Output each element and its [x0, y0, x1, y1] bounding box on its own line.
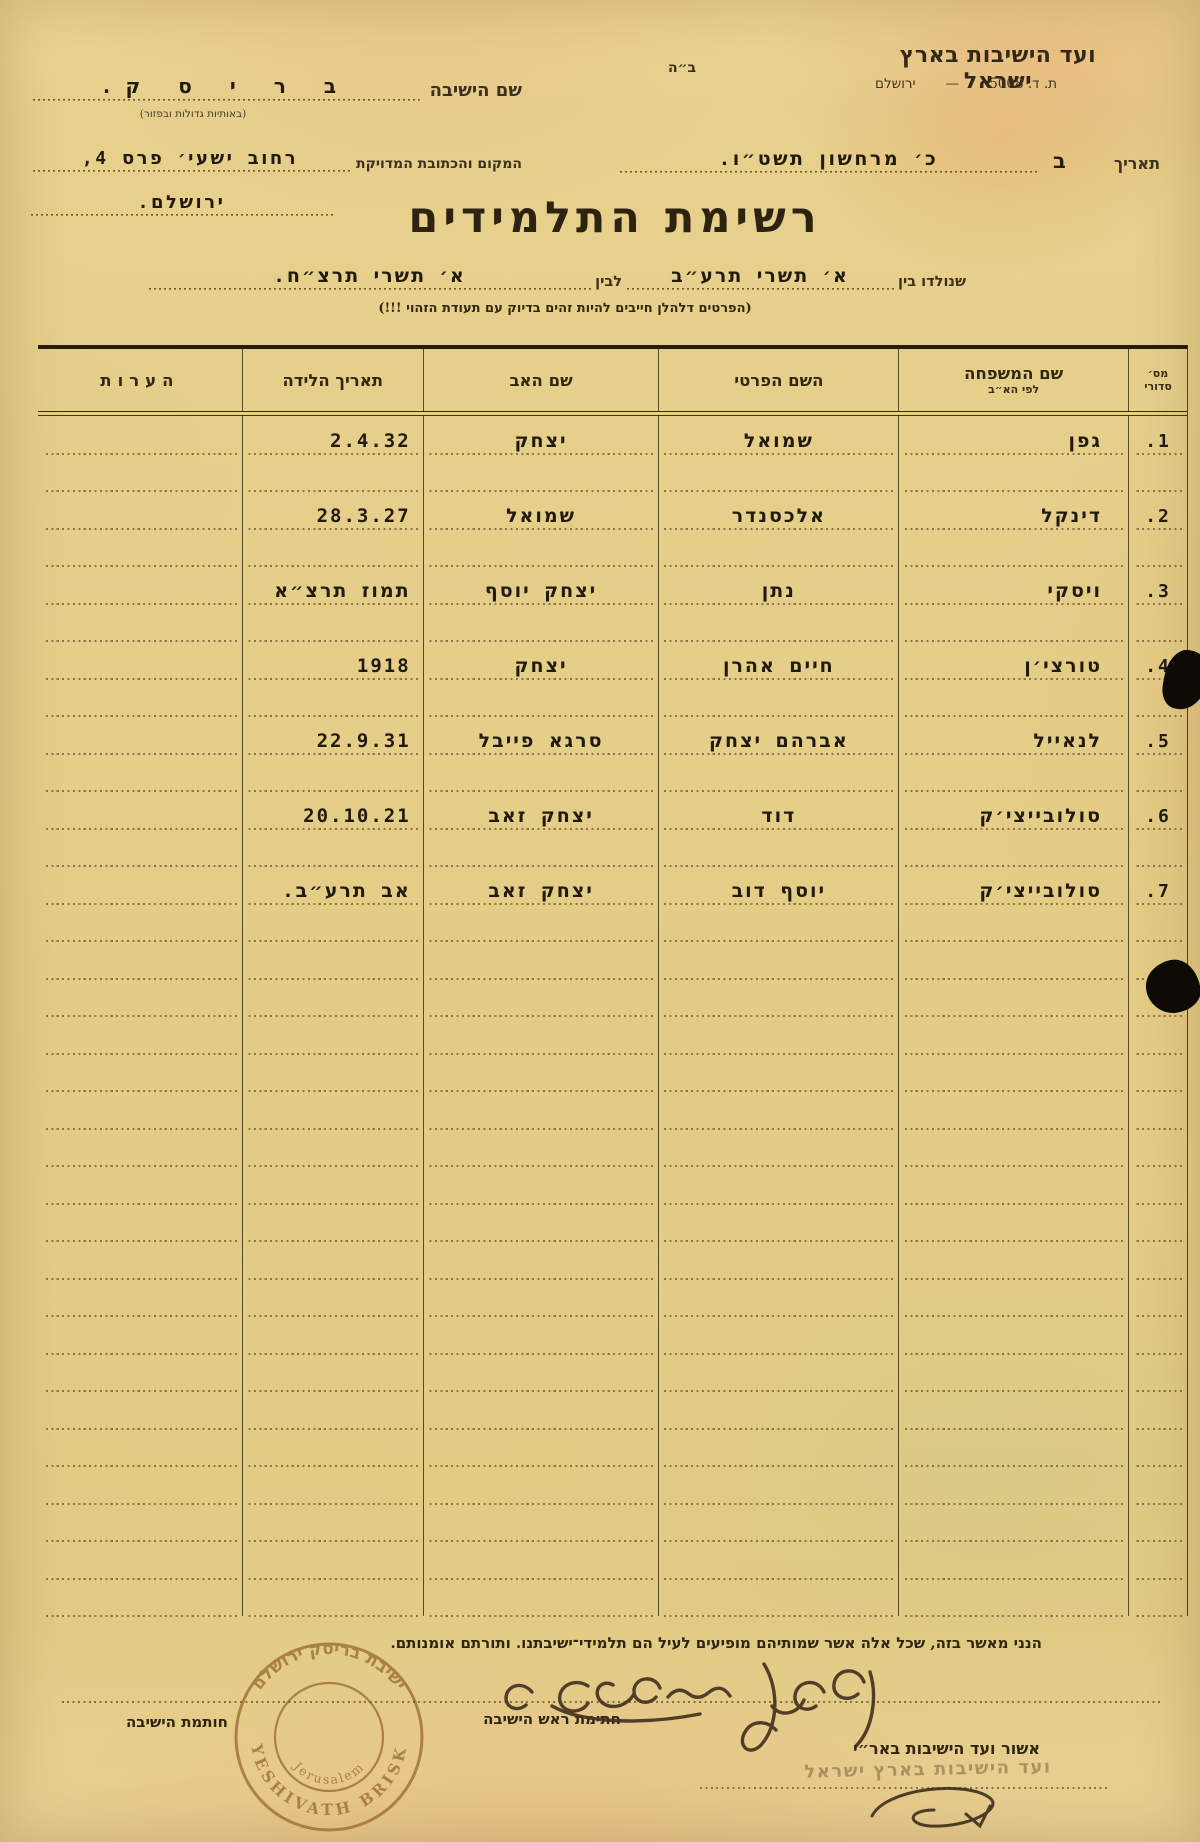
yeshiva-name-label: שם הישיבה	[430, 80, 522, 101]
cell-empty	[659, 1054, 899, 1092]
cell-empty	[659, 1504, 899, 1542]
cell-father: יצחק	[424, 416, 660, 454]
cell-empty	[659, 829, 899, 867]
cell-empty	[424, 1391, 660, 1429]
cell-notes	[38, 641, 243, 679]
value-family: טורצי׳ן	[1024, 655, 1102, 677]
value-family: דינקל	[1041, 505, 1102, 527]
value-dob: 28.3.27	[317, 505, 411, 527]
cell-empty	[243, 1504, 424, 1542]
cell-empty	[899, 1016, 1129, 1054]
bsd-mark: ב״ה	[668, 60, 696, 76]
empty-ruled-line	[38, 941, 1187, 979]
cell-empty	[243, 1241, 424, 1279]
empty-ruled-line	[38, 454, 1187, 492]
cell-empty	[899, 941, 1129, 979]
header-notes: הערות	[38, 349, 243, 411]
cell-empty	[659, 1279, 899, 1317]
cell-empty	[1129, 454, 1187, 492]
value-father: יצחק יוסף	[485, 580, 597, 602]
cell-empty	[424, 941, 660, 979]
empty-ruled-line	[38, 754, 1187, 792]
cell-dob: 20.10.21	[243, 791, 424, 829]
cell-empty	[38, 679, 243, 717]
cell-empty	[243, 979, 424, 1017]
cell-empty	[243, 1429, 424, 1467]
cell-empty	[38, 604, 243, 642]
born-from-value: א׳ תשרי תרע״ב	[671, 265, 849, 287]
cell-empty	[1129, 1016, 1187, 1054]
value-dob: 1918	[357, 655, 411, 677]
empty-ruled-line	[38, 1166, 1187, 1204]
value-first: דוד	[761, 805, 796, 827]
cell-empty	[659, 904, 899, 942]
cell-empty	[243, 941, 424, 979]
value-dob: אב תרע״ב.	[282, 880, 410, 902]
cell-empty	[243, 1466, 424, 1504]
scanned-student-list-form: ב״ה ועד הישיבות בארץ ישראל ת. ד. 5008 — …	[0, 0, 1200, 1842]
empty-ruled-line	[38, 1316, 1187, 1354]
cell-notes	[38, 566, 243, 604]
students-table: מס׳ סדורי שם המשפחה לפי הא״ב השם הפרטי ש…	[38, 345, 1188, 1616]
cell-father: שמואל	[424, 491, 660, 529]
cell-empty	[424, 1091, 660, 1129]
cell-dob: אב תרע״ב.	[243, 866, 424, 904]
cell-empty	[1129, 754, 1187, 792]
cell-serial: 3.	[1129, 566, 1187, 604]
cell-empty	[243, 904, 424, 942]
cell-dob: 22.9.31	[243, 716, 424, 754]
cell-empty	[659, 1016, 899, 1054]
cell-empty	[38, 454, 243, 492]
cell-empty	[659, 1579, 899, 1617]
cell-empty	[659, 679, 899, 717]
cell-empty	[659, 604, 899, 642]
cell-empty	[38, 829, 243, 867]
date-prefix: ב	[1053, 148, 1066, 173]
yeshiva-round-stamp: ישיבת בריסק ירושלם YESHIVATH BRISK Jerus…	[230, 1638, 428, 1836]
cell-empty	[899, 1391, 1129, 1429]
cell-dob: תמוז תרצ״א	[243, 566, 424, 604]
table-body: 1.גפןשמואליצחק2.4.322.דינקלאלכסנדרשמואל2…	[38, 416, 1187, 1616]
cell-empty	[659, 1541, 899, 1579]
cell-empty	[659, 1241, 899, 1279]
cell-empty	[38, 754, 243, 792]
cell-empty	[899, 754, 1129, 792]
cell-first: שמואל	[659, 416, 899, 454]
value-family: לנאייל	[1033, 730, 1102, 752]
born-from-field: א׳ תשרי תרע״ב	[626, 265, 894, 290]
empty-ruled-line	[38, 529, 1187, 567]
cell-empty	[1129, 1316, 1187, 1354]
born-mid-label: לבין	[595, 273, 622, 290]
cell-empty	[38, 1166, 243, 1204]
cell-empty	[424, 1166, 660, 1204]
cell-empty	[38, 1091, 243, 1129]
cell-empty	[1129, 1129, 1187, 1167]
cell-empty	[899, 1279, 1129, 1317]
value-serial: 2.	[1145, 506, 1171, 527]
cell-empty	[659, 1204, 899, 1242]
cell-empty	[1129, 829, 1187, 867]
date-value: כ׳ מרחשון תשט״ו.	[719, 148, 939, 170]
cell-empty	[659, 1129, 899, 1167]
value-dob: 20.10.21	[303, 805, 411, 827]
value-serial: 7.	[1145, 881, 1171, 902]
cell-empty	[38, 1504, 243, 1542]
cell-empty	[899, 454, 1129, 492]
cell-notes	[38, 491, 243, 529]
cell-empty	[899, 1241, 1129, 1279]
header-family-name: שם המשפחה לפי הא״ב	[899, 349, 1129, 411]
cell-empty	[659, 454, 899, 492]
cell-empty	[424, 1241, 660, 1279]
yeshiva-name-hint: (באותיות גדולות ובפזור)	[108, 108, 278, 120]
cell-family: דינקל	[899, 491, 1129, 529]
cell-empty	[1129, 1466, 1187, 1504]
empty-ruled-line	[38, 1579, 1187, 1617]
cell-empty	[1129, 1279, 1187, 1317]
value-dob: תמוז תרצ״א	[274, 580, 410, 602]
cell-empty	[424, 454, 660, 492]
value-first: אברהם יצחק	[709, 730, 849, 752]
cell-family: ויסקי	[899, 566, 1129, 604]
cell-empty	[899, 529, 1129, 567]
cell-empty	[243, 754, 424, 792]
address-row: המקום והכתובת המדויקת רחוב ישעי׳ פרס 4,	[30, 148, 522, 172]
cell-empty	[899, 979, 1129, 1017]
cell-notes	[38, 716, 243, 754]
cell-empty	[38, 1541, 243, 1579]
cell-empty	[38, 1429, 243, 1467]
cell-empty	[899, 1166, 1129, 1204]
value-dob: 2.4.32	[330, 430, 411, 452]
cell-empty	[424, 679, 660, 717]
empty-ruled-line	[38, 1429, 1187, 1467]
cell-empty	[38, 1016, 243, 1054]
cell-empty	[899, 1054, 1129, 1092]
cell-empty	[38, 1579, 243, 1617]
born-between-row: שנולדו בין א׳ תשרי תרע״ב לבין א׳ תשרי תר…	[148, 265, 970, 290]
student-row: 6.סולובייצי׳קדודיצחק זאב20.10.21	[38, 791, 1187, 829]
cell-father: יצחק זאב	[424, 791, 660, 829]
empty-ruled-line	[38, 1354, 1187, 1392]
value-father: יצחק	[515, 430, 568, 452]
cell-empty	[1129, 1391, 1187, 1429]
cell-empty	[1129, 1354, 1187, 1392]
header-father-name: שם האב	[424, 349, 660, 411]
cell-empty	[243, 529, 424, 567]
cell-empty	[38, 1241, 243, 1279]
date-label: תאריך	[1114, 154, 1160, 173]
cell-empty	[424, 604, 660, 642]
value-father: סרגא פייבל	[479, 730, 604, 752]
cell-empty	[1129, 1241, 1187, 1279]
cell-empty	[243, 1129, 424, 1167]
cell-empty	[659, 1391, 899, 1429]
address-value: רחוב ישעי׳ פרס 4,	[82, 148, 298, 169]
cell-first: אלכסנדר	[659, 491, 899, 529]
cell-empty	[243, 1579, 424, 1617]
empty-ruled-line	[38, 1466, 1187, 1504]
cell-empty	[1129, 604, 1187, 642]
cell-empty	[38, 1129, 243, 1167]
yeshiva-name-value: ב ר י ס ק.	[100, 74, 349, 98]
date-row: תאריך ב כ׳ מרחשון תשט״ו.	[620, 148, 1160, 173]
org-city: ירושלם	[875, 76, 916, 92]
cell-empty	[899, 1354, 1129, 1392]
yeshiva-name-row: שם הישיבה ב ר י ס ק.	[30, 74, 522, 101]
cell-empty	[659, 1091, 899, 1129]
cell-serial: 7.	[1129, 866, 1187, 904]
cell-empty	[243, 604, 424, 642]
cell-empty	[659, 1316, 899, 1354]
cell-family: גפן	[899, 416, 1129, 454]
cell-empty	[899, 604, 1129, 642]
cell-empty	[243, 1091, 424, 1129]
cell-empty	[899, 904, 1129, 942]
cell-empty	[659, 754, 899, 792]
cell-empty	[424, 1504, 660, 1542]
cell-empty	[243, 1016, 424, 1054]
value-father: יצחק	[515, 655, 568, 677]
cell-empty	[38, 1316, 243, 1354]
cell-empty	[424, 1016, 660, 1054]
cell-empty	[38, 941, 243, 979]
cell-empty	[899, 1316, 1129, 1354]
cell-empty	[424, 829, 660, 867]
cell-empty	[38, 1054, 243, 1092]
cell-empty	[1129, 529, 1187, 567]
born-to-value: א׳ תשרי תרצ״ח.	[273, 265, 465, 287]
empty-ruled-line	[38, 829, 1187, 867]
date-field: כ׳ מרחשון תשט״ו.	[620, 148, 1037, 173]
value-family: סולובייצי׳ק	[979, 880, 1102, 902]
cell-empty	[243, 1204, 424, 1242]
cell-father: יצחק	[424, 641, 660, 679]
cell-empty	[659, 1354, 899, 1392]
cell-empty	[659, 529, 899, 567]
cell-empty	[243, 829, 424, 867]
value-serial: 5.	[1145, 731, 1171, 752]
yeshiva-name-field: ב ר י ס ק.	[30, 74, 420, 101]
cell-empty	[243, 1279, 424, 1317]
org-dash: —	[946, 76, 960, 92]
cell-empty	[899, 829, 1129, 867]
value-father: שמואל	[506, 505, 576, 527]
value-first: יוסף דוב	[732, 880, 827, 902]
cell-empty	[243, 1391, 424, 1429]
value-family: גפן	[1069, 430, 1103, 452]
cell-empty	[38, 529, 243, 567]
cell-empty	[38, 1279, 243, 1317]
cell-notes	[38, 416, 243, 454]
cell-empty	[38, 1354, 243, 1392]
empty-ruled-line	[38, 1504, 1187, 1542]
cell-empty	[899, 1204, 1129, 1242]
org-pob: ת. ד. 5008	[989, 76, 1057, 92]
cell-empty	[424, 1129, 660, 1167]
org-address: ת. ד. 5008 — ירושלם	[875, 76, 1057, 92]
cell-serial: 5.	[1129, 716, 1187, 754]
cell-empty	[424, 1429, 660, 1467]
cell-first: נתן	[659, 566, 899, 604]
cell-empty	[899, 1129, 1129, 1167]
cell-empty	[38, 904, 243, 942]
address-field: רחוב ישעי׳ פרס 4,	[30, 148, 350, 172]
cell-empty	[38, 1466, 243, 1504]
empty-ruled-line	[38, 1129, 1187, 1167]
born-lead-label: שנולדו בין	[898, 273, 966, 290]
empty-ruled-line	[38, 904, 1187, 942]
value-dob: 22.9.31	[317, 730, 411, 752]
value-serial: 6.	[1145, 806, 1171, 827]
cell-empty	[899, 679, 1129, 717]
cell-serial: 1.	[1129, 416, 1187, 454]
cell-empty	[424, 1204, 660, 1242]
cell-empty	[899, 1466, 1129, 1504]
cell-family: סולובייצי׳ק	[899, 791, 1129, 829]
cell-dob: 2.4.32	[243, 416, 424, 454]
cell-empty	[38, 979, 243, 1017]
cell-empty	[243, 1054, 424, 1092]
cell-empty	[1129, 1054, 1187, 1092]
cell-serial: 6.	[1129, 791, 1187, 829]
empty-ruled-line	[38, 1204, 1187, 1242]
cell-empty	[38, 1204, 243, 1242]
cell-empty	[1129, 904, 1187, 942]
cell-empty	[243, 1354, 424, 1392]
cell-empty	[243, 1541, 424, 1579]
value-first: חיים אהרן	[723, 655, 835, 677]
cell-empty	[424, 1316, 660, 1354]
cell-empty	[1129, 1204, 1187, 1242]
cell-family: לנאייל	[899, 716, 1129, 754]
cell-empty	[424, 1054, 660, 1092]
cell-serial: 2.	[1129, 491, 1187, 529]
cell-empty	[659, 941, 899, 979]
student-row: 3.ויסקינתןיצחק יוסףתמוז תרצ״א	[38, 566, 1187, 604]
value-first: שמואל	[744, 430, 814, 452]
cell-dob: 1918	[243, 641, 424, 679]
cell-empty	[1129, 1429, 1187, 1467]
header-birth-date: תאריך הלידה	[243, 349, 424, 411]
cell-family: טורצי׳ן	[899, 641, 1129, 679]
empty-ruled-line	[38, 979, 1187, 1017]
cell-empty	[424, 1279, 660, 1317]
student-row: 2.דינקלאלכסנדרשמואל28.3.27	[38, 491, 1187, 529]
cell-empty	[424, 979, 660, 1017]
cell-family: סולובייצי׳ק	[899, 866, 1129, 904]
cell-empty	[243, 679, 424, 717]
cell-empty	[659, 979, 899, 1017]
identity-card-note: (הפרטים דלהלן חייבים להיות זהים בדיוק עם…	[0, 301, 1130, 316]
cell-first: חיים אהרן	[659, 641, 899, 679]
cell-empty	[1129, 1166, 1187, 1204]
value-father: יצחק זאב	[488, 805, 594, 827]
student-row: 4.טורצי׳ןחיים אהרןיצחק1918	[38, 641, 1187, 679]
empty-ruled-line	[38, 1241, 1187, 1279]
student-row: 7.סולובייצי׳קיוסף דוביצחק זאבאב תרע״ב.	[38, 866, 1187, 904]
cell-empty	[424, 754, 660, 792]
header-serial: מס׳ סדורי	[1129, 349, 1187, 411]
born-to-field: א׳ תשרי תרצ״ח.	[148, 265, 591, 290]
cell-first: אברהם יצחק	[659, 716, 899, 754]
cell-empty	[424, 529, 660, 567]
student-row: 5.לנאיילאברהם יצחקסרגא פייבל22.9.31	[38, 716, 1187, 754]
cell-empty	[1129, 1504, 1187, 1542]
cell-empty	[899, 1504, 1129, 1542]
table-header-row: מס׳ סדורי שם המשפחה לפי הא״ב השם הפרטי ש…	[38, 349, 1187, 411]
cell-empty	[424, 1466, 660, 1504]
value-first: אלכסנדר	[732, 505, 826, 527]
cell-notes	[38, 791, 243, 829]
cell-empty	[659, 1429, 899, 1467]
student-row: 1.גפןשמואליצחק2.4.32	[38, 416, 1187, 454]
cell-empty	[243, 1316, 424, 1354]
yeshiva-stamp-label: חותמת הישיבה	[92, 1713, 262, 1731]
cell-empty	[1129, 1541, 1187, 1579]
empty-ruled-line	[38, 1091, 1187, 1129]
cell-empty	[424, 1541, 660, 1579]
value-serial: 1.	[1145, 431, 1171, 452]
cell-empty	[424, 1579, 660, 1617]
header-first-name: השם הפרטי	[659, 349, 899, 411]
cell-empty	[424, 1354, 660, 1392]
cell-father: סרגא פייבל	[424, 716, 660, 754]
empty-ruled-line	[38, 1016, 1187, 1054]
cell-dob: 28.3.27	[243, 491, 424, 529]
cell-empty	[243, 1166, 424, 1204]
page-title: רשימת התלמידים	[0, 193, 1200, 243]
cell-empty	[899, 1429, 1129, 1467]
cell-father: יצחק יוסף	[424, 566, 660, 604]
cell-empty	[659, 1166, 899, 1204]
cell-first: דוד	[659, 791, 899, 829]
cell-empty	[1129, 1091, 1187, 1129]
cell-empty	[899, 1541, 1129, 1579]
cell-notes	[38, 866, 243, 904]
empty-ruled-line	[38, 604, 1187, 642]
cell-empty	[659, 1466, 899, 1504]
empty-ruled-line	[38, 1541, 1187, 1579]
address-label: המקום והכתובת המדויקת	[356, 156, 522, 172]
cell-empty	[1129, 1579, 1187, 1617]
value-family: ויסקי	[1047, 580, 1102, 602]
empty-ruled-line	[38, 1054, 1187, 1092]
cell-empty	[424, 904, 660, 942]
cell-empty	[38, 1391, 243, 1429]
cell-first: יוסף דוב	[659, 866, 899, 904]
value-serial: 3.	[1145, 581, 1171, 602]
cell-empty	[899, 1579, 1129, 1617]
rosh-yeshiva-signature	[412, 1648, 892, 1760]
cell-empty	[899, 1091, 1129, 1129]
value-father: יצחק זאב	[488, 880, 594, 902]
empty-ruled-line	[38, 1279, 1187, 1317]
empty-ruled-line	[38, 1391, 1187, 1429]
cell-father: יצחק זאב	[424, 866, 660, 904]
council-approval-scribble	[848, 1776, 1018, 1838]
value-family: סולובייצי׳ק	[979, 805, 1102, 827]
cell-empty	[243, 454, 424, 492]
empty-ruled-line	[38, 679, 1187, 717]
value-first: נתן	[762, 580, 796, 602]
